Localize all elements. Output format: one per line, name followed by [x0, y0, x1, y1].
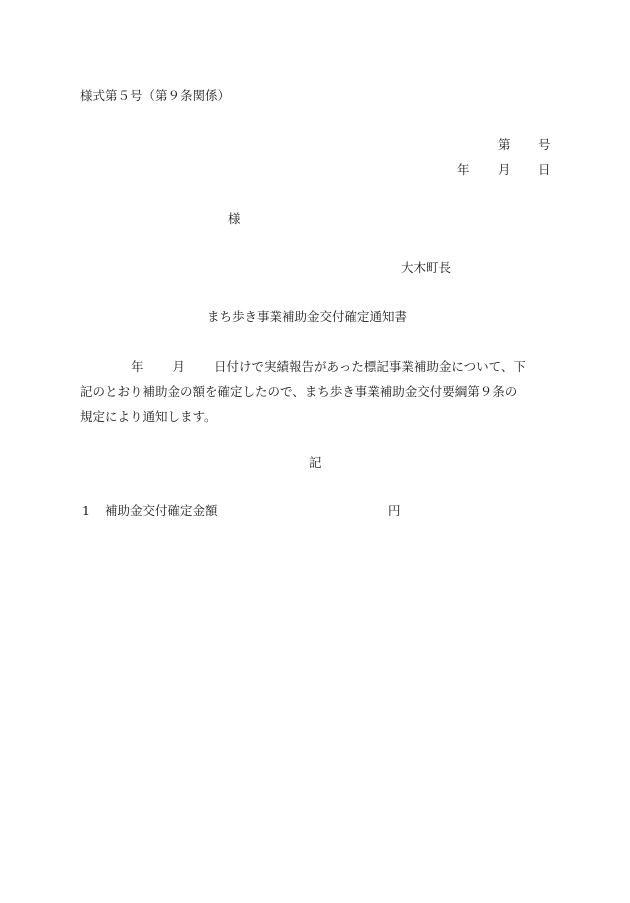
form-label: 様式第５号（第９条関係）	[80, 88, 230, 104]
body-line-1-rest: 日付けで実績報告があった標記事業補助金について、下	[214, 359, 526, 374]
body-month: 月	[173, 359, 186, 374]
date-month: 月	[498, 162, 511, 178]
body-year: 年	[131, 359, 144, 374]
body-line-1: 年月日付けで実績報告があった標記事業補助金について、下	[80, 354, 555, 379]
item-label: 補助金交付確定金額	[105, 503, 218, 519]
addressee-suffix: 様	[228, 211, 241, 227]
ki-heading: 記	[309, 455, 322, 471]
item-unit: 円	[388, 503, 401, 519]
body-paragraph: 年月日付けで実績報告があった標記事業補助金について、下 記のとおり補助金の額を確…	[80, 354, 555, 429]
body-line-2: 記のとおり補助金の額を確定したので、まち歩き事業補助金交付要綱第９条の	[80, 379, 555, 404]
document-title: まち歩き事業補助金交付確定通知書	[207, 309, 407, 325]
date-day: 日	[538, 162, 551, 178]
issuer: 大木町長	[401, 260, 451, 276]
document-number-suffix: 号	[538, 137, 551, 153]
date-year: 年	[457, 162, 470, 178]
document-number-prefix: 第	[498, 137, 511, 153]
body-line-3: 規定により通知します。	[80, 404, 555, 429]
item-number: 1	[82, 503, 90, 519]
